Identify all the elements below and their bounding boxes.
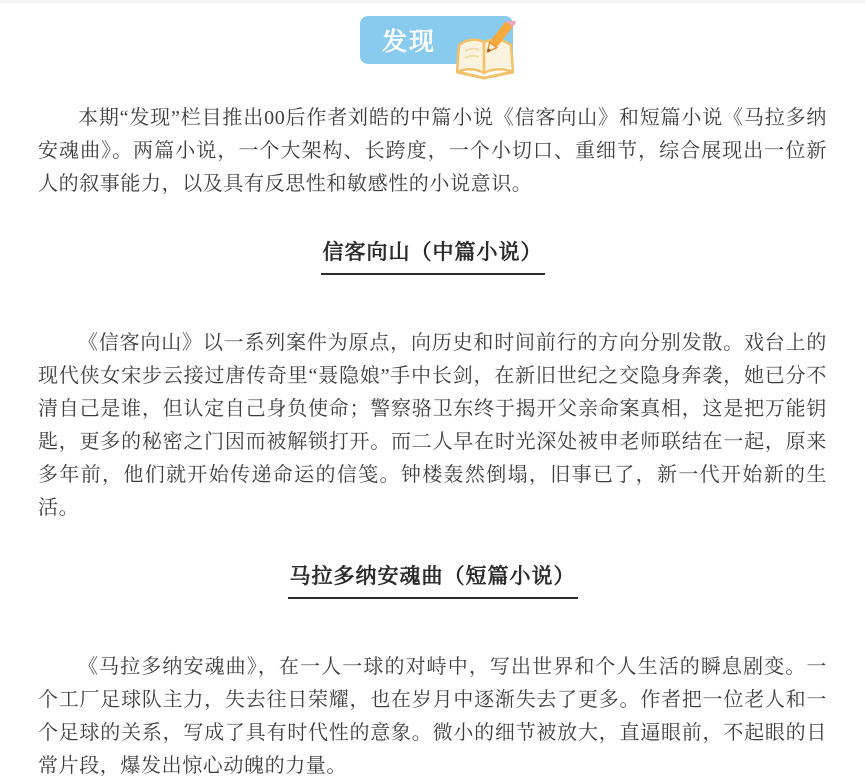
column-header: 发现	[360, 3, 827, 66]
intro-paragraph: 本期“发现”栏目推出00后作者刘皓的中篇小说《信客向山》和短篇小说《马拉多纳安魂…	[38, 102, 827, 201]
column-badge-label: 发现	[382, 22, 436, 58]
open-book-pencil-icon	[451, 21, 519, 83]
section-heading-novella: 信客向山（中篇小说）	[38, 239, 827, 275]
section-body-novella: 《信客向山》以一系列案件为原点，向历史和时间前行的方向分别发散。戏台上的现代侠女…	[38, 327, 827, 525]
article-page: 发现	[0, 3, 865, 783]
section-heading-shortstory-text: 马拉多纳安魂曲（短篇小说）	[288, 563, 578, 599]
section-body-shortstory: 《马拉多纳安魂曲》，在一人一球的对峙中，写出世界和个人生活的瞬息剧变。一个工厂足…	[38, 651, 827, 783]
column-badge: 发现	[360, 16, 513, 64]
section-heading-shortstory: 马拉多纳安魂曲（短篇小说）	[38, 563, 827, 599]
section-heading-novella-text: 信客向山（中篇小说）	[321, 239, 545, 275]
